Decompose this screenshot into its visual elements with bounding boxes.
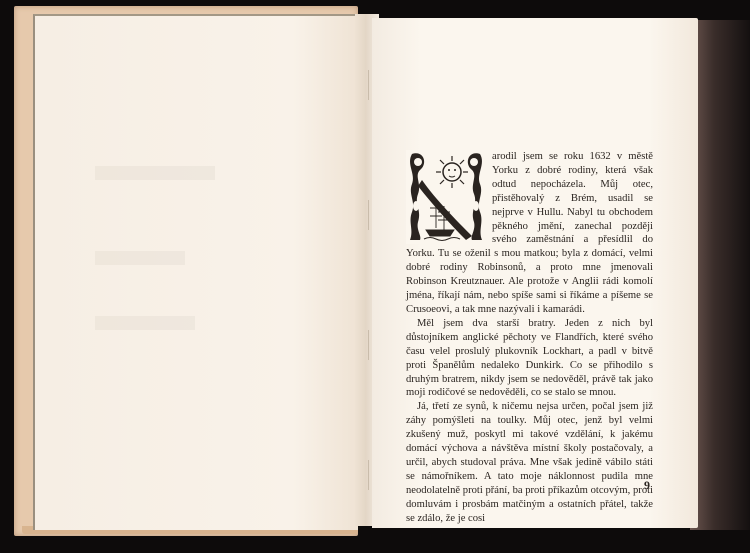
paragraph-brothers: Měl jsem dva starší bratry. Jeden z nich… [406, 317, 653, 400]
show-through-text [95, 316, 195, 330]
paragraph-wanderlust: Já, třetí ze synů, k ničemu nejsa určen,… [406, 400, 653, 525]
ornamental-dropcap-n-icon [406, 150, 486, 244]
binding-stitch [368, 70, 369, 100]
show-through-text [95, 166, 215, 180]
show-through-text [95, 251, 185, 265]
binding-stitch [368, 200, 369, 230]
left-page-blank [33, 14, 358, 530]
right-edge-shadow [690, 20, 750, 530]
binding-stitch [368, 330, 369, 360]
chapter-text: arodil jsem se roku 1632 v městě Yorku z… [406, 150, 653, 525]
page-number: 9 [644, 478, 650, 493]
binding-stitch [368, 460, 369, 490]
